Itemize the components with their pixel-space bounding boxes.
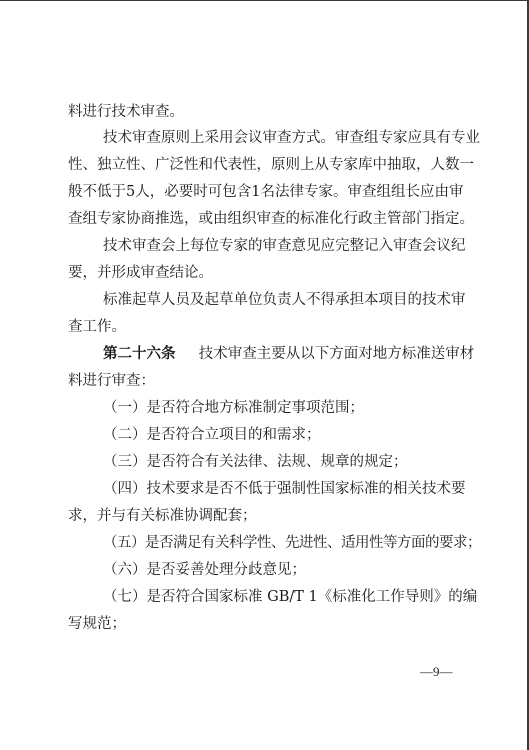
article-heading: 第二十六条	[103, 346, 176, 362]
article-text: 技术审查主要从以下方面对地方标准送审材	[199, 346, 475, 362]
page-number: —9—	[420, 664, 453, 680]
list-item: （二）是否符合立项目的和需求；	[103, 425, 462, 445]
text-line: 写规范；	[68, 614, 462, 634]
text-line: 技术审查会上每位专家的审查意见应完整记入审查会议纪	[103, 236, 462, 256]
list-item: （五）是否满足有关科学性、先进性、适用性等方面的要求；	[103, 533, 462, 553]
list-item: （七）是否符合国家标准 GB/T 1《标准化工作导则》的编	[103, 587, 462, 607]
text-line: 求，并与有关标准协调配套；	[68, 506, 462, 526]
text-line: 料进行技术审查。	[68, 102, 462, 122]
text-line: 般不低于5人，必要时可包含1名法律专家。审查组组长应由审	[68, 182, 462, 202]
article-26-line: 第二十六条 技术审查主要从以下方面对地方标准送审材	[103, 344, 462, 364]
text-line: 要，并形成审查结论。	[68, 263, 462, 283]
list-item: （三）是否符合有关法律、法规、规章的规定；	[103, 452, 462, 472]
text-line: 技术审查原则上采用会议审查方式。审查组专家应具有专业	[103, 128, 462, 148]
text-line: 性、独立性、广泛性和代表性，原则上从专家库中抽取，人数一	[68, 155, 462, 175]
list-item: （一）是否符合地方标准制定事项范围；	[103, 398, 462, 418]
text-line: 查组专家协商推选，或由组织审查的标准化行政主管部门指定。	[68, 209, 462, 229]
page-frame-top-border	[0, 0, 529, 1]
text-line: 料进行审查：	[68, 371, 462, 391]
text-line: 查工作。	[68, 317, 462, 337]
text-line: 标准起草人员及起草单位负责人不得承担本项目的技术审	[103, 290, 462, 310]
list-item: （四）技术要求是否不低于强制性国家标准的相关技术要	[103, 479, 462, 499]
list-item: （六）是否妥善处理分歧意见；	[103, 560, 462, 580]
